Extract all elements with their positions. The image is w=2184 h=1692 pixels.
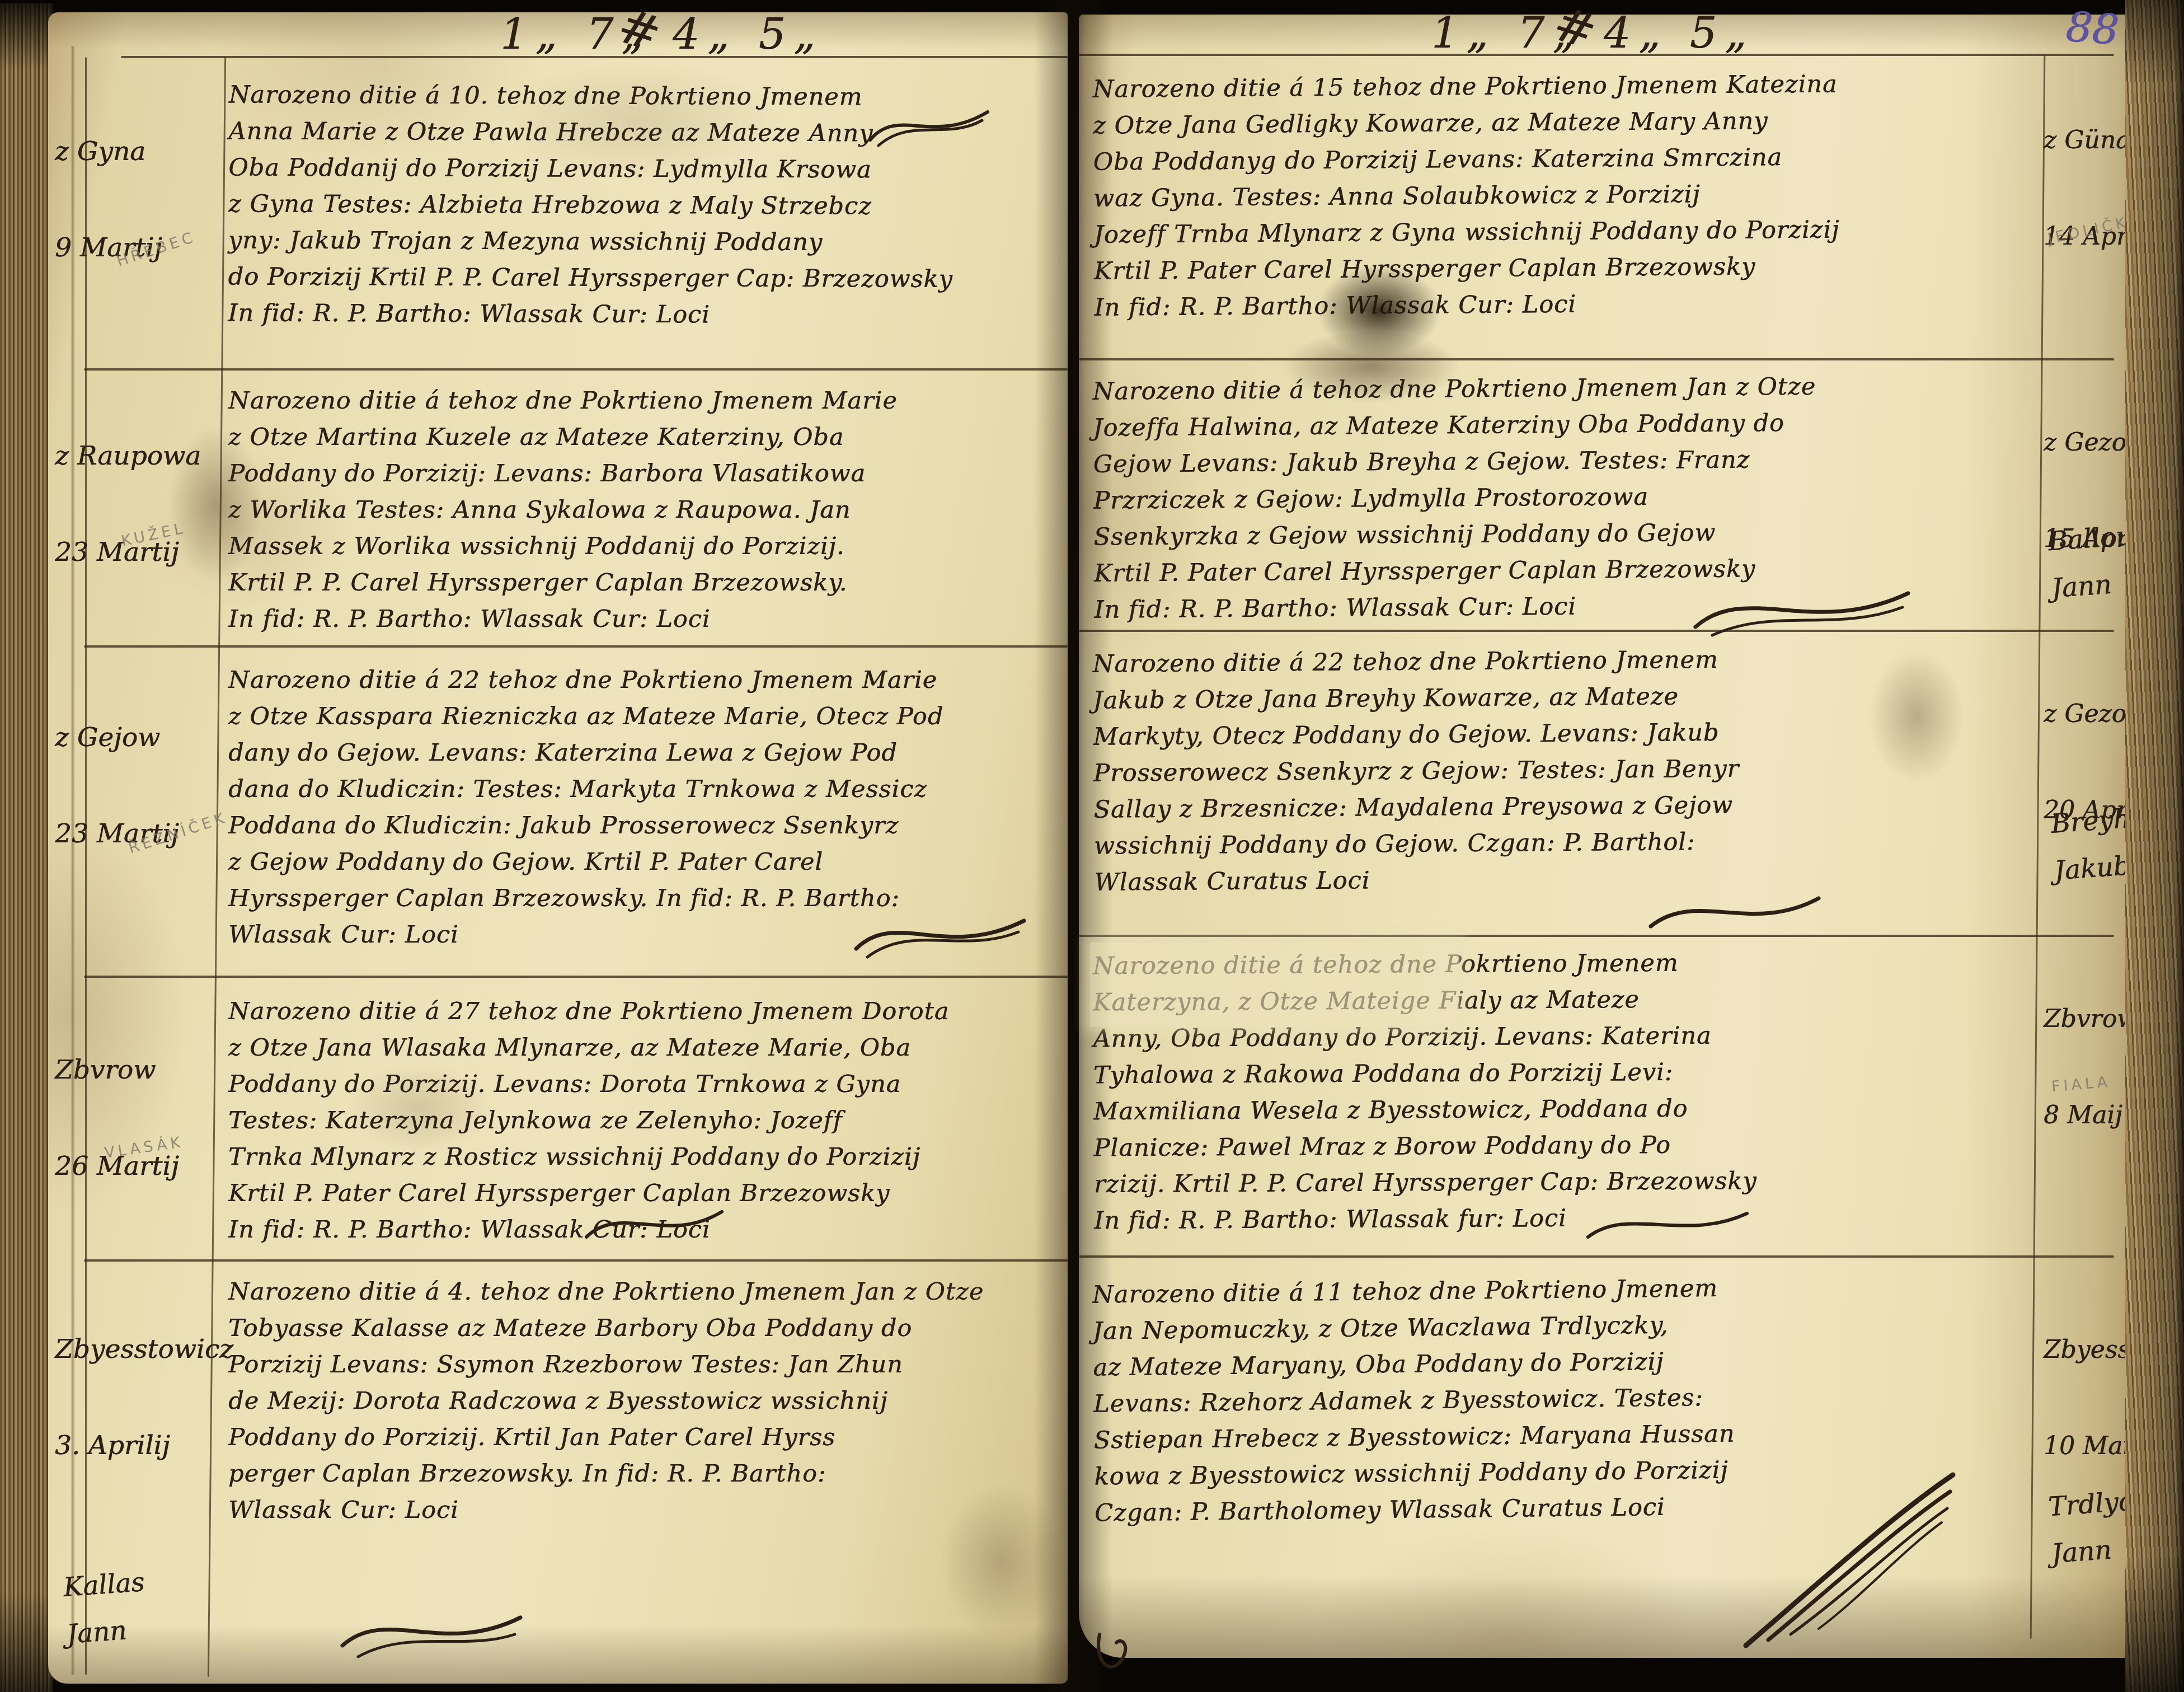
baptism-record: Zbyesstowicz 10 Maij Trdlyczka Jann Naro… [1079,1255,2161,1658]
book-page-fan-edge-right [2125,0,2184,1692]
baptism-record: Zbvrow 26 Martij VLASÁK Narozeno ditie á… [48,976,1068,1259]
baptism-record: z Raupowa 23 Martij KUŽEL Narozeno ditie… [48,368,1068,645]
surname-annotation: Kallas Jann [62,1559,149,1658]
record-body: Narozeno ditie á 11 tehoz dne Pokrtieno … [1092,1267,2018,1531]
right-page: 1„ 7„ 4„ 5„ # z Güna 14 Aprilis JEDLIČKA… [1079,15,2161,1658]
margin-place: z Gejow [55,714,216,762]
record-body: Narozeno ditie á 10. tehoz dne Pokrtieno… [228,77,1046,334]
margin-place: z Gyna [55,128,216,176]
record-body: Narozeno ditie á tehoz dne Pokrtieno Jme… [228,383,1045,638]
record-body: Narozeno ditie á 4. tehoz dne Pokrtieno … [228,1274,1045,1529]
record-margin: Zbvrow 26 Martij [55,998,216,1239]
margin-place: z Raupowa [55,432,216,480]
margin-place: Zbvrow [55,1046,216,1094]
record-body: Narozeno ditie á 15 tehoz dne Pokrtieno … [1092,65,2017,326]
baptism-record: Zbyesstowicz 3. Aprilij Kallas Jann Naro… [48,1259,1068,1684]
left-page: 1„ 7„ 4„ 5„ # z Gyna 9 Martij HŘEBEC Nar… [48,12,1068,1684]
margin-place: Zbyesstowicz [55,1325,216,1374]
record-body: Narozeno ditie á tehoz dne Pokrtieno Jme… [1093,944,2018,1240]
record-body: Narozeno ditie á tehoz dne Pokrtieno Jme… [1092,367,2017,629]
margin-date: 3. Aprilij [55,1422,216,1470]
record-body: Narozeno ditie á 22 tehoz dne Pokrtieno … [1092,640,2017,901]
baptism-record: z Gejow 23 Martij ŘEZNÍČEK Narozeno diti… [48,645,1068,976]
record-margin: z Gyna 9 Martij [55,79,216,320]
baptism-record: Zbvrow 8 Maij FIALA Narozeno ditie á teh… [1079,935,2161,1255]
book-page-stack-edge-left [0,3,53,1692]
record-body: Narozeno ditie á 22 tehoz dne Pokrtieno … [228,662,1045,953]
baptism-record: z Gezow 15 Aprilis Balloun Jann Narozeno… [1079,358,2161,630]
baptism-record: z Gyna 9 Martij HŘEBEC Narozeno ditie á … [48,56,1068,368]
record-body: Narozeno ditie á 27 tehoz dne Pokrtieno … [228,993,1045,1248]
record-margin: Zbyesstowicz 3. Aprilij [55,1277,216,1518]
page-number: 88 [2064,3,2120,54]
record-margin: z Gejow 23 Martij [55,665,216,906]
baptism-record: z Güna 14 Aprilis JEDLIČKA Narozeno diti… [1079,54,2161,358]
manuscript-scan: { "page_number": "88", "decorations": { … [0,0,2184,1692]
record-margin: z Raupowa 23 Martij [55,384,216,625]
baptism-record: z Gezow 20 Aprilis Breyha Jakub Narozeno… [1079,630,2161,935]
